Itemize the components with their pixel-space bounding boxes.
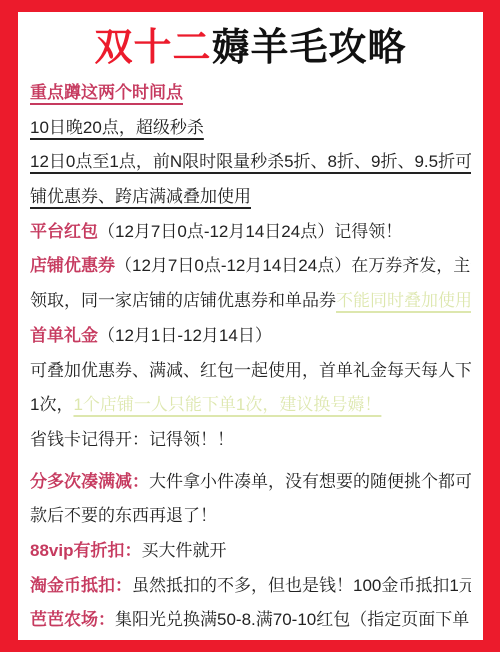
split-orders-label: 分多次凑满减： (30, 472, 149, 491)
baba-farm-label: 芭芭农场： (30, 610, 115, 629)
note-body: 重点蹲这两个时间点 10日晚20点，超级秒杀 12日0点至1点，前N限时限量秒杀… (18, 74, 483, 638)
first-order-gift-highlight: 1个店铺一人只能下单1次，建议换号薅！ (73, 395, 381, 414)
baba-farm: 芭芭农场：集阳光兑换满50-8.满70-10红包（指定页面下单 (30, 603, 471, 638)
title-red-part: 双十二 (94, 27, 211, 69)
first-order-gift-line2: 可叠加优惠券、满减、红包一起使用，首单礼金每天每人下单 (30, 354, 471, 389)
page-title: 双十二薅羊毛攻略 (18, 22, 483, 74)
tao-coin: 淘金币抵扣：虽然抵扣的不多，但也是钱！100金币抵扣1元 (30, 569, 471, 604)
money-saving-card: 省钱卡记得开：记得领！！ (30, 423, 471, 458)
shop-coupon-label: 店铺优惠券 (30, 256, 115, 275)
tao-coin-label: 淘金币抵扣： (30, 576, 132, 595)
vip88-label: 88vip有折扣： (30, 541, 141, 560)
first-order-gift-line3: 1次，1个店铺一人只能下单1次，建议换号薅！ (30, 388, 471, 423)
key-times-time2-line1: 12日0点至1点，前N限时限量秒杀5折、8折、9折、9.5折可以和店 (30, 145, 471, 180)
split-orders-line1: 分多次凑满减：大件拿小件凑单，没有想要的随便挑个都可以，付 (30, 465, 471, 500)
shop-coupon-line1: 店铺优惠券（12月7日0点-12月14日24点）在万券齐发，主会场等 (30, 249, 471, 284)
platform-red-packet: 平台红包（12月7日0点-12月14日24点）记得领！ (30, 215, 471, 250)
shop-coupon-highlight: 不能同时叠加使用 (336, 291, 471, 310)
key-times-time2-line2: 铺优惠券、跨店满减叠加使用 (30, 180, 471, 215)
shop-coupon-line2: 领取，同一家店铺的店铺优惠券和单品券不能同时叠加使用 (30, 284, 471, 319)
red-border-frame: 双十二薅羊毛攻略 重点蹲这两个时间点 10日晚20点，超级秒杀 12日0点至1点… (0, 0, 500, 652)
vip88: 88vip有折扣：买大件就开 (30, 534, 471, 569)
platform-red-packet-label: 平台红包 (30, 222, 98, 241)
key-times-time1: 10日晚20点，超级秒杀 (30, 111, 471, 146)
first-order-gift-label: 首单礼金 (30, 326, 98, 345)
split-orders-line2: 款后不要的东西再退了！ (30, 499, 471, 534)
key-times-heading: 重点蹲这两个时间点 (30, 76, 471, 111)
note-content: 双十二薅羊毛攻略 重点蹲这两个时间点 10日晚20点，超级秒杀 12日0点至1点… (18, 12, 483, 640)
title-black-part: 薅羊毛攻略 (212, 27, 407, 69)
first-order-gift-line1: 首单礼金（12月1日-12月14日） (30, 319, 471, 354)
